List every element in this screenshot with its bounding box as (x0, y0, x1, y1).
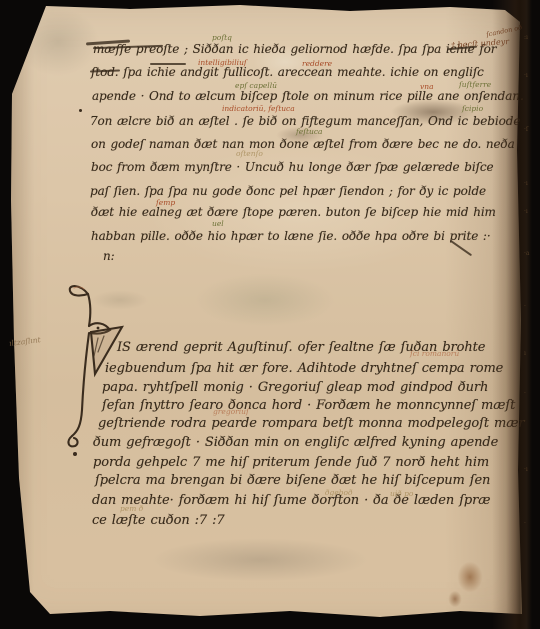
edge-mark: ·ı (524, 208, 538, 215)
interlinear-gloss: indicatoriū, feſtuca (222, 104, 295, 113)
manuscript-line: porda gehpelc 7 me hiſ priterum ſende ſu… (93, 455, 489, 470)
manuscript-line: habban pille. oððe hio hpær to læne ſie.… (91, 229, 491, 243)
section-end-mark: n: (103, 249, 115, 263)
interlinear-gloss: vna (420, 82, 434, 91)
pen-stroke-overline (150, 63, 186, 65)
marginal-gloss: ſci romanorū (410, 349, 459, 358)
interlinear-gloss: gregoriuſ (213, 407, 249, 416)
interlinear-gloss: ſcipio (462, 104, 483, 113)
edge-mark: · (524, 390, 538, 397)
manuscript-line: apende · Ond to ælcum biſcep ſtole on mi… (92, 89, 524, 103)
manuscript-line: geſtriende rodra pearde rompara betſt mo… (98, 416, 524, 431)
margin-dot (79, 109, 82, 112)
manuscript-line: papa. ryhtſpell monig · Gregoriuſ gleap … (102, 380, 488, 395)
interlinear-gloss: intelligibiliuſ (198, 58, 247, 67)
manuscript-line: ce læſte cuðon :7 :7 (92, 513, 225, 528)
edge-mark: ı (524, 350, 538, 357)
manuscript-line: ſefan ſnyttro ſearo ðonca hord · Forðæm … (102, 398, 515, 413)
edge-mark: · (524, 520, 538, 527)
manuscript-line: boc from ðæm mynſtre · Uncuð hu longe ðæ… (91, 160, 494, 174)
manuscript-line: iegbuendum ſpa hit ær fore. Adihtode dry… (105, 361, 503, 376)
edge-mark: :ı (524, 34, 538, 41)
manuscript-line: ðæt hie ealneg æt ðære ſtope pæren. buto… (91, 205, 496, 219)
manuscript-line: ſpelcra ma brengan bi ðære biſene ðæt he… (95, 473, 490, 488)
interlinear-gloss: ſemp (156, 198, 175, 207)
manuscript-line: dan meahte· forðæm hi hiſ ſume ðorfton ·… (92, 493, 490, 508)
edge-mark: · (524, 303, 538, 310)
interlinear-gloss: uel (212, 219, 224, 228)
interlinear-gloss: pem ð (120, 504, 143, 513)
interlinear-gloss: feſtuca (296, 127, 323, 136)
edge-mark: ·a (524, 250, 538, 257)
interlinear-gloss: uið po (390, 489, 413, 498)
manuscript-line: on godeſ naman ðæt nan mon ðone æſtel fr… (91, 137, 515, 151)
manuscript-photo: mæſſe preoſte ; Siððan ic hieða geliorno… (0, 0, 540, 629)
next-folio-edge-marks: :ı ·ı ·ſ ·ı ·ı ·a · ı · ·ı · (524, 0, 538, 629)
interlinear-gloss: oſtenſo (236, 149, 263, 158)
manuscript-line: ðum gefrægoſt · Siððan min on engliſc æl… (93, 435, 498, 450)
interlinear-gloss: poſtq (212, 33, 232, 42)
initial-tail-curl (68, 436, 77, 446)
interlinear-gloss: ſuſtferre (459, 80, 491, 89)
interlinear-gloss: epſ capellū (235, 81, 277, 90)
interlinear-gloss: ðgeboð (325, 488, 353, 497)
edge-mark: ·ı (524, 72, 538, 79)
edge-mark: ·ı (524, 180, 538, 187)
manuscript-line: ſtod. ſpa ichie andgit fullicoſt. arecce… (91, 65, 484, 79)
interlinear-gloss: reddere (302, 59, 332, 68)
manuscript-line: paſ ſien. ſpa ſpa nu gode ðonc pel hpær … (90, 184, 486, 198)
edge-mark: ·ſ (524, 126, 538, 133)
edge-mark: ·ı (524, 466, 538, 473)
initial-top-flourish (70, 286, 88, 295)
manuscript-line: 7on ælcre bið an æſtel . ſe bið on fifte… (90, 114, 520, 128)
